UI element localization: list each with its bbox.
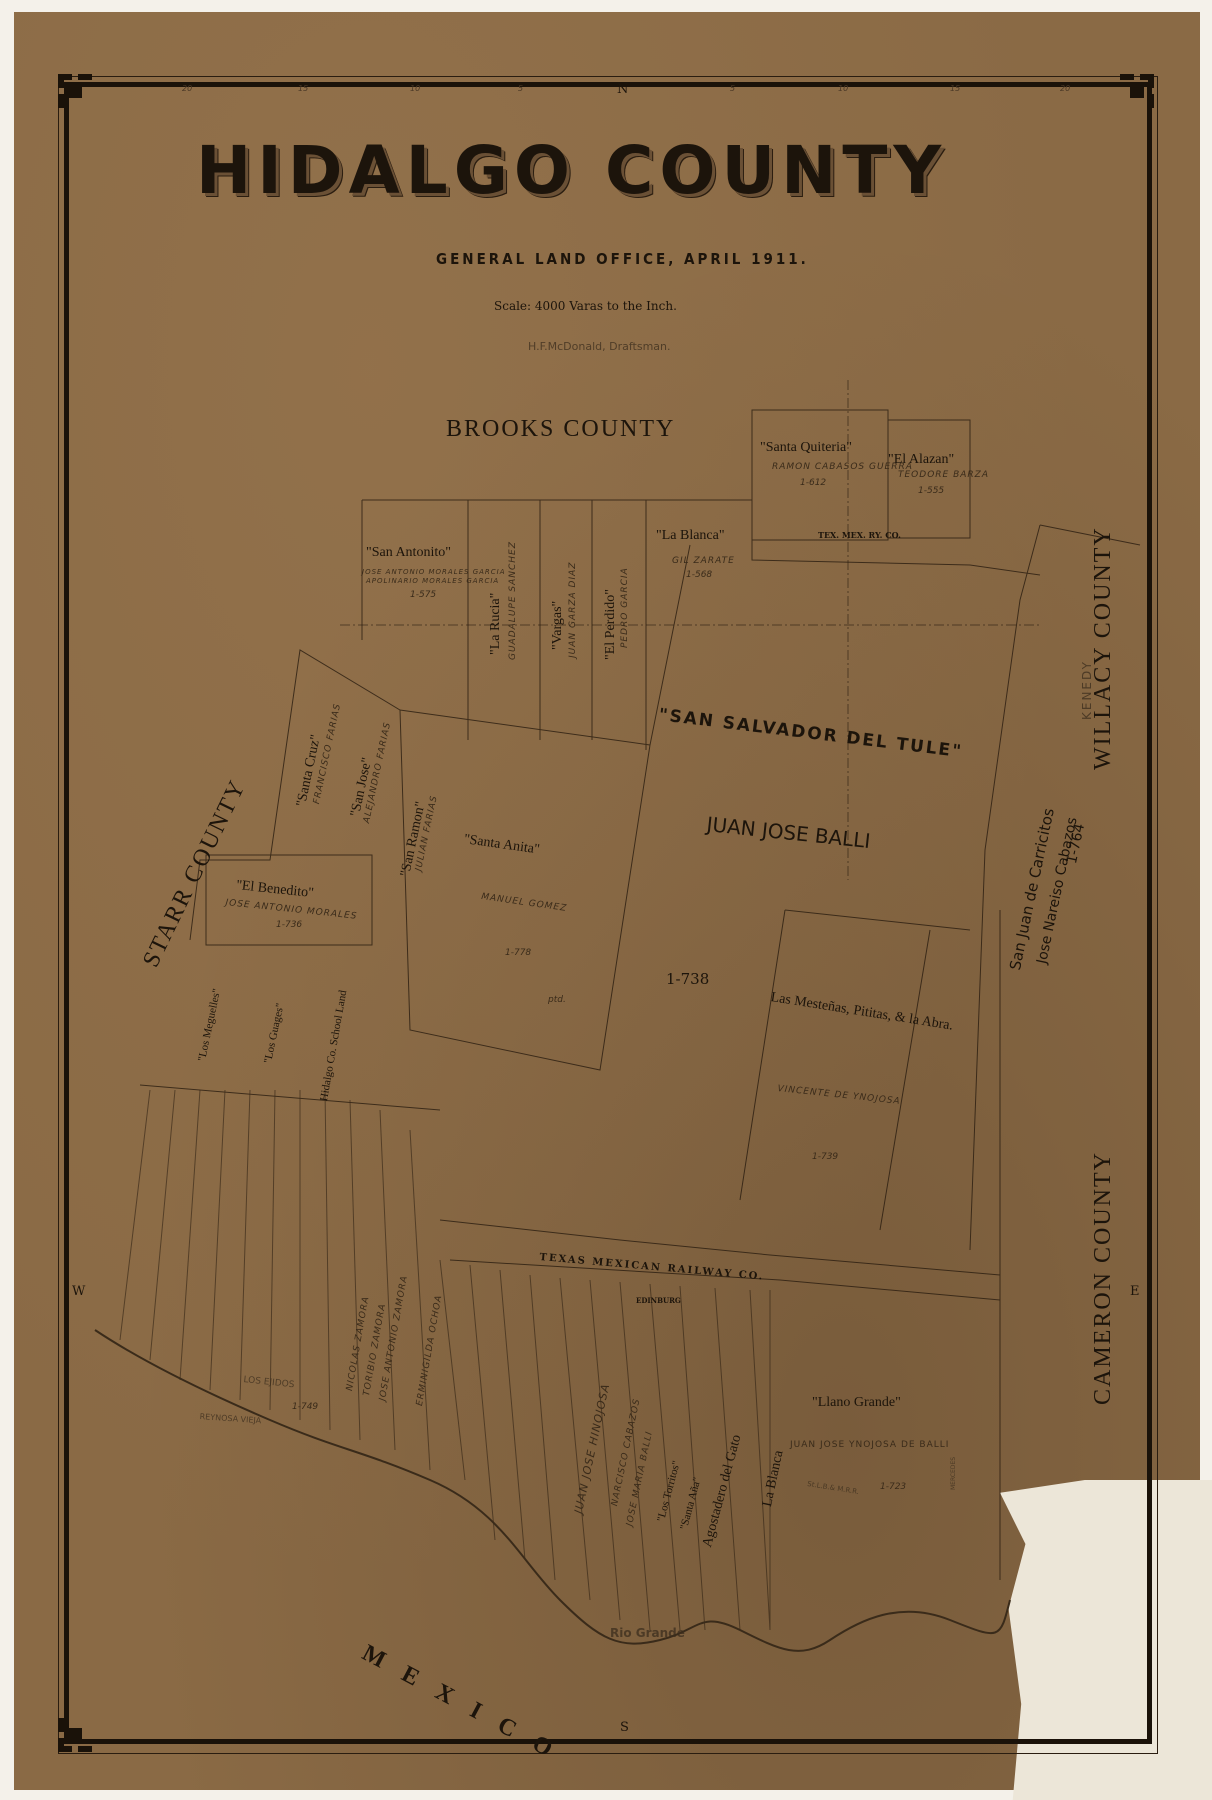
grant-abstract: 1-568 [686,570,712,580]
compass-north: N [617,82,628,97]
tick-label: 5 [730,84,735,93]
tick-label: 20 [182,84,192,93]
grant-note: ptd. [548,995,566,1005]
rio-grande-river [95,1330,1010,1651]
grant-abstract: 1-739 [812,1152,838,1162]
grant-santa-quiteria: "Santa Quiteria" [760,440,852,456]
map-scale: Scale: 4000 Varas to the Inch. [494,299,677,313]
kenedy-note: KENEDY [1080,660,1094,720]
grant-abstract: 1-575 [410,590,436,600]
railway-north-label: TEX. MEX. RY. CO. [818,530,901,540]
tick-label: 15 [298,84,308,93]
tick-label: 15 [950,84,960,93]
grant-abstract-1-738: 1-738 [666,970,709,988]
tick-label: 20 [1060,84,1070,93]
grant-abstract: 1-778 [505,948,531,958]
grant-owner: JUAN JOSE YNOJOSA DE BALLI [790,1440,949,1450]
grant-owner: GUADALUPE SANCHEZ [508,541,518,660]
grant-abstract: 1-736 [276,920,302,930]
grant-la-blanca-north: "La Blanca" [656,528,725,544]
tick-label: 10 [410,84,420,93]
grant-owner: JUAN GARZA DIAZ [568,562,578,658]
map-subtitle: GENERAL LAND OFFICE, APRIL 1911. [436,250,809,268]
grant-owner: TEODORE BARZA [898,470,989,480]
grant-abstract: 1-612 [800,478,826,488]
rio-grande-label: Rio Grande [610,1626,685,1640]
compass-south: S [620,1720,629,1735]
grant-el-perdido: "El Perdido" [603,589,619,660]
grant-owner: PEDRO GARCIA [620,567,630,648]
grant-abstract: 1-555 [918,486,944,496]
grant-owner: JOSE ANTONIO MORALES GARCIA [362,568,506,576]
compass-east: E [1130,1284,1140,1299]
grant-owner: GIL ZARATE [672,556,735,566]
tick-label: 10 [838,84,848,93]
draftsman-credit: H.F.McDonald, Draftsman. [528,340,671,353]
edinburg-label: EDINBURG [636,1296,681,1305]
mercedes-label: MERCEDES [950,1457,957,1490]
tick-label: 5 [518,84,523,93]
grant-san-antonito: "San Antonito" [366,545,451,561]
map-title: HIDALGO COUNTY [196,132,947,209]
grant-vargas: "Vargas" [550,601,566,650]
grant-la-rucia: "La Rucia" [488,593,504,655]
grant-abstract: 1-749 [292,1402,318,1412]
compass-west: W [72,1284,85,1299]
grant-llano-grande: "Llano Grande" [812,1395,901,1411]
cameron-county-label: CAMERON COUNTY [1090,1151,1117,1405]
willacy-county-label: WILLACY COUNTY [1090,526,1117,770]
brooks-county-label: BROOKS COUNTY [446,416,675,443]
grant-abstract: 1-723 [880,1482,906,1492]
grant-owner: APOLINARIO MORALES GARCIA [366,577,499,585]
grant-el-alazan: "El Alazan" [888,452,954,468]
